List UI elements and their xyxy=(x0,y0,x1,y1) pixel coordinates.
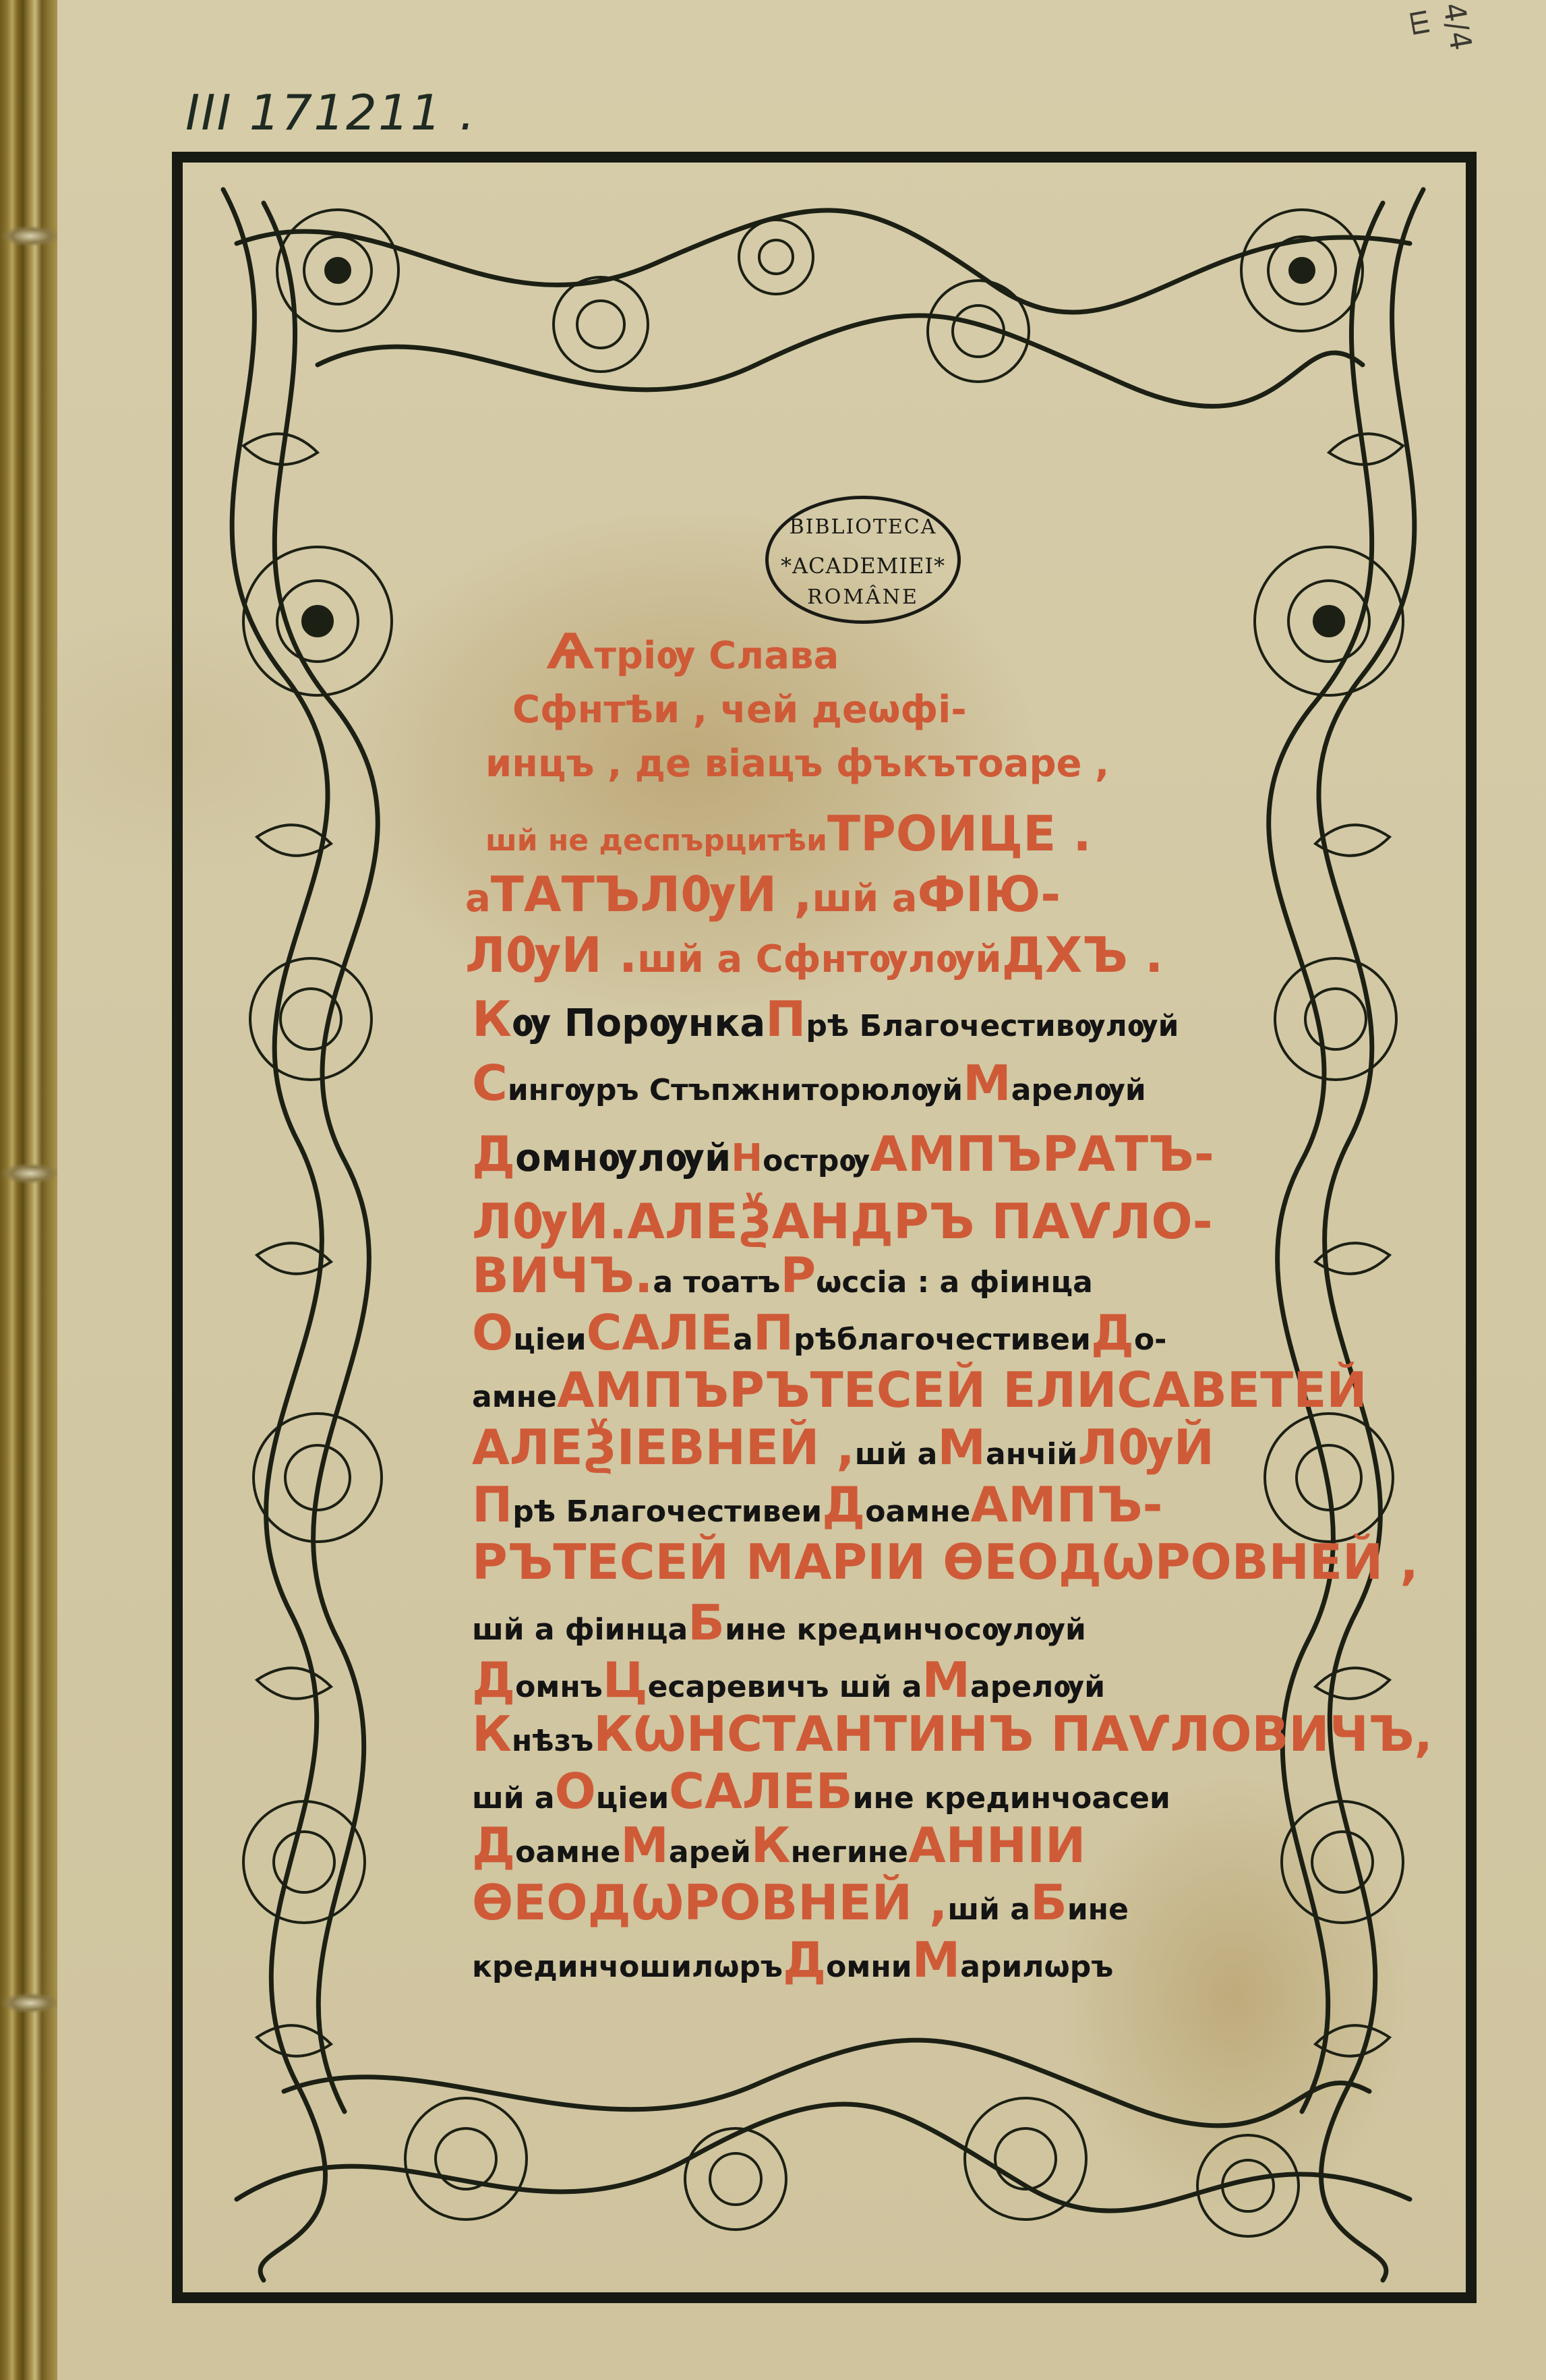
text-line: Д оамне М арей К негине АННІИ xyxy=(465,1821,1227,1869)
rubric-text: шй а Сфнтѹлѹй xyxy=(637,941,1001,979)
body-text: ингѹръ Стъпжниторюлѹй xyxy=(508,1076,963,1105)
body-text: арелѹй xyxy=(970,1673,1105,1702)
rubric-text: ѲЕОДѠРОВНЕЙ , xyxy=(472,1878,947,1927)
rubric-text: К xyxy=(472,1710,512,1758)
text-line: Сфнтѣи , чей деѡфі- xyxy=(465,691,1268,729)
body-text: ціеи xyxy=(596,1784,669,1813)
rubric-text: Д xyxy=(783,1936,826,1984)
body-text: рѣ Благочестивеи xyxy=(512,1497,822,1527)
rubric-text: Д xyxy=(1091,1308,1134,1357)
text-line: Оціеи САЛЕ а Прѣблагочестивеи До- xyxy=(465,1308,1227,1357)
text-line: К ѹ Порѹнка Прѣ Благочестивѹлѹй xyxy=(465,995,1227,1043)
text-line: П рѣ Благочестивеи Д оамне АМПЪ- xyxy=(465,1480,1227,1529)
rubric-text: О xyxy=(472,1308,513,1357)
text-line: Д омнѹлѹй Нострѹ АМПЪРАТЪ- xyxy=(465,1130,1227,1178)
rubric-text: М xyxy=(937,1423,986,1472)
body-text: ѹ Порѹнка xyxy=(512,1005,765,1043)
body-text: арелѹй xyxy=(1011,1076,1146,1105)
rubric-text: АЛЕѮІЕВНЕЙ , xyxy=(472,1423,855,1472)
rubric-text: а xyxy=(465,880,491,918)
text-line: ѲЕОДѠРОВНЕЙ , шй а Бине xyxy=(465,1878,1227,1927)
body-text: негине xyxy=(791,1838,908,1867)
body-text: омнѹлѹй xyxy=(515,1140,731,1178)
rubric-text: К xyxy=(751,1821,791,1869)
rubric-text: П xyxy=(753,1308,794,1357)
text-line: шй а О ціеи САЛЕ Б ине крединчоасеи xyxy=(465,1767,1227,1816)
text-line: ВИЧЪ. а тоатъ Рѡссіа : а фіинца xyxy=(465,1251,1227,1300)
body-text: рѣблагочестивеи xyxy=(794,1325,1091,1355)
stamp-line-3: ROMÂNE xyxy=(769,585,957,609)
rubric-text: Н xyxy=(731,1140,763,1178)
library-stamp: BIBLIOTECA *ACADEMIEI* ROMÂNE xyxy=(765,496,961,624)
text-line: а ТАТЪЛѸИ , шй а ФІЮ- xyxy=(465,870,1220,919)
rubric-text: инцъ , де віацъ фъкътоаре , xyxy=(485,745,1109,783)
body-text: ѡссіа : а фіинца xyxy=(816,1268,1093,1298)
binding-thread-knot xyxy=(0,223,57,250)
rubric-text: АМПЪ- xyxy=(970,1480,1162,1529)
rubric-text: Д xyxy=(472,1821,515,1869)
text-line: Ѧ тріѹ Слава xyxy=(465,627,1301,676)
body-text: омнъ xyxy=(515,1673,603,1702)
handwritten-corner-note: 4/4 ш xyxy=(1402,0,1483,87)
body-text: а тоатъ xyxy=(653,1268,780,1298)
rubric-text: М xyxy=(912,1936,961,1984)
body-text: ине крединчосѹлѹй xyxy=(725,1615,1086,1645)
rubric-text: РЪТЕСЕЙ МАРІИ ѲЕОДѠРОВНЕЙ , xyxy=(472,1538,1419,1586)
body-text: рѣ Благочестивѹлѹй xyxy=(806,1012,1179,1041)
body-text: омни xyxy=(826,1952,912,1982)
body-text: арилѡръ xyxy=(960,1952,1113,1982)
rubric-text: Д xyxy=(472,1130,515,1178)
rubric-text: М xyxy=(620,1821,669,1869)
rubric-text: Д xyxy=(822,1480,865,1529)
rubric-text: ВИЧЪ. xyxy=(472,1251,653,1300)
rubric-text: Б xyxy=(688,1598,725,1647)
text-line: РЪТЕСЕЙ МАРІИ ѲЕОДѠРОВНЕЙ , xyxy=(465,1538,1227,1586)
rubric-text: Б xyxy=(816,1767,853,1816)
rubric-text: АННІИ xyxy=(908,1821,1086,1869)
text-line: крединчошилѡръ Д омни Марилѡръ xyxy=(465,1936,1227,1984)
body-text: анчій xyxy=(986,1440,1077,1470)
body-text: нѣзъ xyxy=(512,1726,593,1756)
rubric-text: АЛЕѮАНДРЪ ПАѴЛО- xyxy=(627,1197,1212,1246)
rubric-text: САЛЕ xyxy=(587,1308,734,1357)
text-line: АЛЕѮІЕВНЕЙ , шй а Манчій ЛѸЙ xyxy=(465,1423,1227,1472)
stamp-line-2: *ACADEMIEI* xyxy=(769,553,957,579)
binding-thread-knot xyxy=(0,1990,57,2016)
binding-thread-knot xyxy=(0,1160,57,1187)
body-text: амне xyxy=(472,1383,557,1412)
body-text: о- xyxy=(1134,1325,1167,1355)
body-text: ине xyxy=(1067,1895,1129,1925)
body-text: острѹ xyxy=(763,1147,870,1176)
rubric-text: ТАТЪЛѸИ , xyxy=(491,870,812,919)
handwritten-shelfmark: III 171211 . xyxy=(185,84,476,141)
rubric-text: Ѧ xyxy=(546,627,594,676)
body-text: ине крединчоасеи xyxy=(853,1784,1170,1813)
body-text: есаревичъ шй а xyxy=(648,1673,922,1702)
text-line: инцъ , де віацъ фъкътоаре , xyxy=(465,745,1241,783)
rubric-text: ЛѸИ . xyxy=(465,931,637,979)
rubric-text: АМПЪРЪТЕСЕЙ ЕЛИСАВЕТЕЙ xyxy=(557,1366,1367,1414)
rubric-text: ФІЮ- xyxy=(918,870,1061,919)
rubric-text: М xyxy=(963,1059,1011,1107)
text-line: ЛѸИ. АЛЕѮАНДРЪ ПАѴЛО- xyxy=(465,1197,1227,1246)
rubric-text: тріѹ Слава xyxy=(594,637,839,675)
stamp-line-1: BIBLIOTECA xyxy=(769,515,957,539)
rubric-text: КѠНСТАНТИНЪ ПАѴЛОВИЧЪ, xyxy=(593,1710,1433,1758)
body-text: крединчошилѡръ xyxy=(472,1952,783,1982)
book-page: III 171211 . 4/4 ш xyxy=(0,0,1546,2380)
rubric-text: П xyxy=(765,995,806,1043)
rubric-text: ЛѸИ. xyxy=(472,1197,627,1246)
text-line: К нѣзъ КѠНСТАНТИНЪ ПАѴЛОВИЧЪ, xyxy=(465,1710,1227,1758)
rubric-text: ТРОИЦЕ . xyxy=(827,809,1092,858)
body-text: оамне xyxy=(865,1497,970,1527)
rubric-text: М xyxy=(922,1656,970,1704)
rubric-text: Б xyxy=(1030,1878,1067,1927)
rubric-text: САЛЕ xyxy=(669,1767,816,1816)
body-text: шй а xyxy=(855,1440,938,1470)
body-text: ціеи xyxy=(513,1325,586,1355)
body-text: оамне xyxy=(515,1838,620,1867)
body-text: а xyxy=(733,1325,753,1355)
rubric-text: Д xyxy=(472,1656,515,1704)
text-line: С ингѹръ Стъпжниторюлѹй Марелѹй xyxy=(465,1059,1227,1107)
text-line: Д омнъ Ц есаревичъ шй а Марелѹй xyxy=(465,1656,1227,1704)
rubric-text: шй а xyxy=(812,880,918,918)
rubric-text: Ц xyxy=(603,1656,648,1704)
body-text: шй а xyxy=(947,1895,1030,1925)
rubric-text: К xyxy=(472,995,512,1043)
rubric-text: С xyxy=(472,1059,508,1107)
rubric-text: АМПЪРАТЪ- xyxy=(870,1130,1214,1178)
rubric-text: шй не деспърцитѣи xyxy=(485,826,827,856)
rubric-text: Р xyxy=(780,1251,816,1300)
rubric-text: Сфнтѣи , чей деѡфі- xyxy=(512,691,967,729)
rubric-text: ЛѸЙ xyxy=(1077,1423,1214,1472)
rubric-text: О xyxy=(555,1767,596,1816)
body-text: арей xyxy=(669,1838,751,1867)
text-line: амне АМПЪРЪТЕСЕЙ ЕЛИСАВЕТЕЙ xyxy=(465,1366,1227,1414)
rubric-text: ДХЪ . xyxy=(1002,931,1164,979)
body-text: шй а фіинца xyxy=(472,1615,688,1645)
rubric-text: П xyxy=(472,1480,512,1529)
text-line: шй не деспърцитѣи ТРОИЦЕ . xyxy=(465,809,1241,858)
book-binding-strip xyxy=(0,0,57,2380)
text-line: ЛѸИ . шй а Сфнтѹлѹй ДХЪ . xyxy=(465,931,1220,979)
text-line: шй а фіинца Б ине крединчосѹлѹй xyxy=(465,1598,1227,1647)
body-text: шй а xyxy=(472,1784,555,1813)
